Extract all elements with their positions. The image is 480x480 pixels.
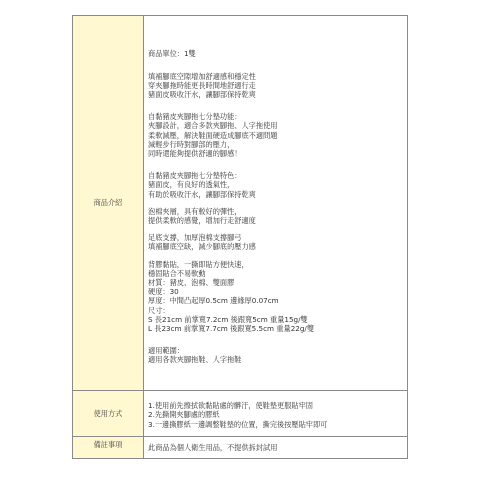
label-note: 備註事項	[73, 437, 144, 459]
usage-step-2: 2.先撕開夾腳處的膠紙	[148, 410, 403, 419]
text-line: 適用各款夾腳拖鞋、人字拖鞋	[148, 355, 403, 364]
text-line: 填補腳底空隙增加舒適感和穩定性	[148, 72, 403, 81]
intro-paragraph-foam: 泡棉夾層，具有較好的彈性， 提供柔軟的感覺，增加行走舒適度	[148, 207, 403, 225]
size-heading: 尺寸：	[148, 306, 403, 315]
content-usage: 1.使用前先擦拭欲黏貼處的髒汙，使鞋墊更服貼牢固 2.先撕開夾腳處的膠紙 3.一…	[144, 391, 408, 437]
usage-step-1: 1.使用前先擦拭欲黏貼處的髒汙，使鞋墊更服貼牢固	[148, 401, 403, 410]
intro-paragraph-support: 足底支撐，加厚泡棉支撐腳弓 填補腳底空缺，減少腳底的壓力感	[148, 233, 403, 251]
text-line: 自黏豬皮夾腳拖七分墊特色：	[148, 171, 403, 180]
text-line: 提供柔軟的感覺，增加行走舒適度	[148, 216, 403, 225]
text-line: 自黏豬皮夾腳拖七分墊功能：	[148, 112, 403, 121]
intro-paragraph-1: 填補腳底空隙增加舒適感和穩定性 穿夾腳拖時能更長時間地舒適行走 豬面皮吸收汗水，…	[148, 72, 403, 100]
text-line: 柔軟減壓，解決鞋面硬造成腳底不適問題	[148, 131, 403, 140]
text-line: 豬面皮吸收汗水，讓腳部保持乾爽	[148, 90, 403, 99]
size-s-spec: S 長21cm 前掌寬7.2cm 後跟寬5cm 重量15g/雙	[148, 315, 403, 324]
text-line: 豬面皮，有良好的透氣性，	[148, 180, 403, 189]
size-l-spec: L 長23cm 前掌寬7.7cm 後跟寬5.5cm 重量22g/雙	[148, 324, 403, 333]
content-product-intro: 商品單位：1雙 填補腳底空隙增加舒適感和穩定性 穿夾腳拖時能更長時間地舒適行走 …	[144, 16, 408, 391]
text-line: 夾腳設計，適合多款夾腳拖、人字拖使用	[148, 121, 403, 130]
text-line: 穿夾腳拖時能更長時間地舒適行走	[148, 81, 403, 90]
thickness-spec: 厚度：中間凸起厚0.5cm 邊緣厚0.07cm	[148, 296, 403, 305]
text-line: 泡棉夾層，具有較好的彈性，	[148, 207, 403, 216]
intro-paragraph-scope: 適用範圍： 適用各款夾腳拖鞋、人字拖鞋	[148, 346, 403, 364]
text-line: 適用範圍：	[148, 346, 403, 355]
label-product-intro: 商品介紹	[73, 16, 144, 391]
text-line: 背膠黏貼，一撕即貼方便快速，	[148, 260, 403, 269]
text-line: 有助於吸收汗水，讓腳部保持乾爽	[148, 190, 403, 199]
text-line: 足底支撐，加厚泡棉支撐腳弓	[148, 233, 403, 242]
hardness-spec: 硬度：30	[148, 287, 403, 296]
row-usage: 使用方式 1.使用前先擦拭欲黏貼處的髒汙，使鞋墊更服貼牢固 2.先撕開夾腳處的膠…	[73, 391, 408, 437]
intro-paragraph-specs: 背膠黏貼，一撕即貼方便快速， 穩固貼合不易軟動 材質：豬皮、泡棉、雙面膠 硬度：…	[148, 260, 403, 334]
text-line: 同時還能夠提供舒適的腳感！	[148, 149, 403, 158]
intro-paragraph-functions: 自黏豬皮夾腳拖七分墊功能： 夾腳設計，適合多款夾腳拖、人字拖使用 柔軟減壓，解決…	[148, 112, 403, 158]
row-product-intro: 商品介紹 商品單位：1雙 填補腳底空隙增加舒適感和穩定性 穿夾腳拖時能更長時間地…	[73, 16, 408, 391]
product-spec-table: 商品介紹 商品單位：1雙 填補腳底空隙增加舒適感和穩定性 穿夾腳拖時能更長時間地…	[72, 15, 408, 459]
text-line: 減輕步行時對腳部的壓力，	[148, 140, 403, 149]
content-note: 此商品為個人衛生用品，不提供拆封試用	[144, 437, 408, 459]
usage-step-3: 3.一邊撕膠紙一邊調整鞋墊的位置，撕完後按壓貼牢即可	[148, 420, 403, 429]
product-unit: 商品單位：1雙	[148, 49, 403, 58]
label-usage: 使用方式	[73, 391, 144, 437]
text-line: 填補腳底空缺，減少腳底的壓力感	[148, 242, 403, 251]
row-note: 備註事項 此商品為個人衛生用品，不提供拆封試用	[73, 437, 408, 459]
material-spec: 材質：豬皮、泡棉、雙面膠	[148, 278, 403, 287]
text-line: 穩固貼合不易軟動	[148, 269, 403, 278]
intro-paragraph-features: 自黏豬皮夾腳拖七分墊特色： 豬面皮，有良好的透氣性， 有助於吸收汗水，讓腳部保持…	[148, 171, 403, 199]
